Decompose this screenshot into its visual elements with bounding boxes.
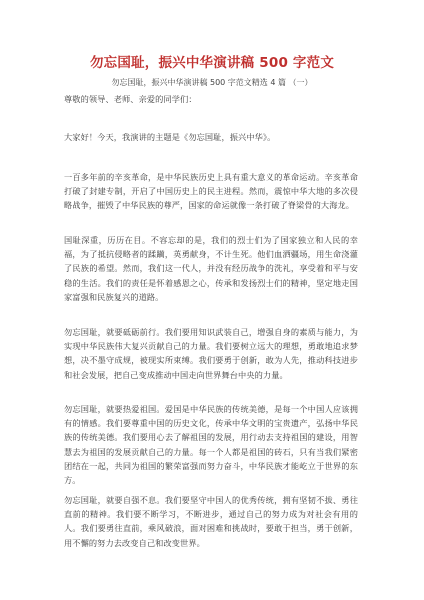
paragraph-1: 一百多年前的辛亥革命，是中华民族历史上具有重大意义的革命运动。辛亥革命打破了封建… [64,170,358,213]
paragraph-4: 勿忘国耻，就要热爱祖国。爱国是中华民族的传统美德，是每一个中国人应该拥有的情感。… [64,402,358,487]
greeting: 尊敬的领导、老师、亲爱的同学们： [64,92,358,106]
paragraph-5: 勿忘国耻，就要自强不息。我们要坚守中国人的优秀传统，拥有坚韧不拔、勇往直前的精神… [64,493,358,550]
document-title: 勿忘国耻，振兴中华演讲稿 500 字范文 [0,51,424,71]
paragraph-2: 国耻深重，历历在目。不容忘却的是，我们的烈士们为了国家独立和人民的幸福，为了抵抗… [64,233,358,304]
document-subtitle: 勿忘国耻，振兴中华演讲稿 500 字范文精选 4 篇 （一） [0,77,424,88]
paragraph-intro: 大家好！今天，我演讲的主题是《勿忘国耻，振兴中华》。 [64,130,358,144]
document-page: 勿忘国耻，振兴中华演讲稿 500 字范文 勿忘国耻，振兴中华演讲稿 500 字范… [0,0,424,600]
paragraph-3: 勿忘国耻，就要砥砺前行。我们要用知识武装自己，增强自身的素质与能力，为实现中华民… [64,325,358,382]
